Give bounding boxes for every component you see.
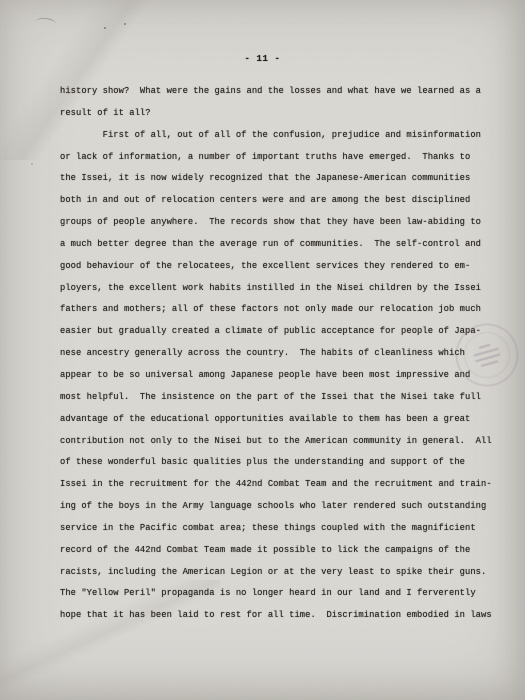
paper-speck: [31, 163, 33, 165]
text-line: racists, including the American Legion o…: [60, 562, 500, 584]
pencil-smudge: [35, 17, 56, 30]
text-line: a much better degree than the average ru…: [60, 234, 500, 256]
text-line: advantage of the educational opportuniti…: [60, 409, 500, 431]
text-line: appear to be so universal among Japanese…: [60, 365, 500, 387]
text-line: contribution not only to the Nisei but t…: [60, 431, 500, 453]
text-line: easier but gradually created a climate o…: [60, 321, 500, 343]
text-line: result of it all?: [60, 103, 500, 125]
text-line: history show? What were the gains and th…: [60, 81, 500, 103]
text-line: ing of the boys in the Army language sch…: [60, 496, 500, 518]
stamp-illegible-line: [473, 348, 499, 357]
text-line: groups of people anywhere. The records s…: [60, 212, 500, 234]
page-number: - 11 -: [0, 54, 525, 64]
text-line: ployers, the excellent work habits insti…: [60, 278, 500, 300]
text-line: First of all, out of all of the confusio…: [60, 125, 500, 147]
paper-speck: [104, 27, 106, 29]
text-line: of these wonderful basic qualities plus …: [60, 452, 500, 474]
text-line: the Issei, it is now widely recognized t…: [60, 168, 500, 190]
stamp-illegible-line: [475, 353, 501, 362]
text-line: hope that it has been laid to rest for a…: [60, 605, 500, 627]
text-line: The "Yellow Peril" propaganda is no long…: [60, 583, 500, 605]
text-line: or lack of information, a number of impo…: [60, 147, 500, 169]
text-line: most helpful. The insistence on the part…: [60, 387, 500, 409]
stamp-illegible-line: [481, 360, 499, 367]
paper-speck: [124, 23, 126, 25]
text-block: history show? What were the gains and th…: [60, 81, 500, 627]
text-line: fathers and mothers; all of these factor…: [60, 299, 500, 321]
text-line: Issei in the recruitment for the 442nd C…: [60, 474, 500, 496]
text-line: record of the 442nd Combat Team made it …: [60, 540, 500, 562]
text-line: both in and out of relocation centers we…: [60, 190, 500, 212]
text-line: service in the Pacific combat area; thes…: [60, 518, 500, 540]
text-line: nese ancestry generally across the count…: [60, 343, 500, 365]
stamp-illegible-line: [478, 344, 490, 349]
text-line: good behaviour of the relocatees, the ex…: [60, 256, 500, 278]
document-page: - 11 - history show? What were the gains…: [0, 0, 525, 700]
